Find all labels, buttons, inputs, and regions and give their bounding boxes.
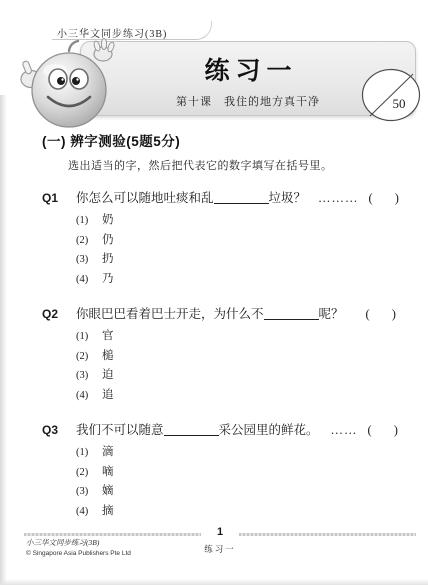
question-1-options: (1) 奶 (2) 仍 (3) 扔 (4) 乃 xyxy=(76,211,414,289)
mascot-body xyxy=(32,53,106,127)
option-character: 乃 xyxy=(102,270,114,289)
score-total: 50 xyxy=(393,96,406,111)
option-row: (4) 摘 xyxy=(76,502,414,522)
question-2: Q2 你眼巴巴看着巴士开走，为什么不 呢？ ( ) (1) 官 (2) 槌 (3… xyxy=(42,304,414,405)
option-character: 滴 xyxy=(102,443,114,462)
question-2-options: (1) 官 (2) 槌 (3) 迫 (4) 追 xyxy=(76,327,414,405)
question-2-bracket-close: ) xyxy=(392,307,396,322)
question-2-text-before: 你眼巴巴看着巴士开走，为什么不 xyxy=(76,304,264,322)
score-circle: 50 xyxy=(361,68,423,123)
question-2-bracket-open: ( xyxy=(366,307,370,322)
scan-edge-left xyxy=(0,95,7,585)
option-character: 仍 xyxy=(102,231,114,250)
option-row: (3) 扔 xyxy=(76,250,414,270)
footer-rule-right xyxy=(239,533,416,536)
page-number: 1 xyxy=(217,526,223,538)
mascot-waving-hand xyxy=(93,39,115,62)
option-row: (2) 槌 xyxy=(76,347,414,367)
option-row: (4) 追 xyxy=(76,386,414,406)
scan-edge-bottom xyxy=(0,579,428,585)
option-number: (3) xyxy=(76,367,102,386)
question-3-text-after: 采公园里的鲜花。 xyxy=(219,420,319,438)
option-number: (4) xyxy=(76,503,102,522)
question-2-answer-blank xyxy=(264,307,319,320)
option-character: 迫 xyxy=(102,366,114,385)
question-2-label: Q2 xyxy=(42,307,76,321)
option-character: 扔 xyxy=(102,250,114,269)
question-3-answer-blank xyxy=(164,423,219,436)
question-1-text-after: 垃圾？ xyxy=(269,188,307,206)
option-row: (1) 奶 xyxy=(76,211,414,231)
footer-publisher-block: 小三华文同步练习(3B) © Singapore Asia Publishers… xyxy=(26,537,131,557)
question-1-text-before: 你怎么可以随地吐痰和乱 xyxy=(76,188,214,206)
question-1-bracket-open: ( xyxy=(369,191,373,206)
option-row: (1) 官 xyxy=(76,327,414,347)
option-number: (2) xyxy=(76,464,102,483)
question-3-bracket-open: ( xyxy=(368,423,372,438)
option-character: 嫡 xyxy=(102,482,114,501)
option-number: (1) xyxy=(76,212,102,231)
question-3-dot-leader: …… xyxy=(331,423,358,438)
question-1-answer-blank xyxy=(214,191,269,204)
option-row: (4) 乃 xyxy=(76,270,414,290)
question-1-bracket-close: ) xyxy=(395,191,399,206)
footer-series-label: 小三华文同步练习(3B) xyxy=(26,537,131,548)
option-number: (2) xyxy=(76,232,102,251)
option-number: (1) xyxy=(76,444,102,463)
option-number: (3) xyxy=(76,483,102,502)
option-row: (3) 迫 xyxy=(76,366,414,386)
option-character: 奶 xyxy=(102,211,114,230)
worksheet-body: (一) 辨字测验(5题5分) 选出适当的字，然后把代表它的数字填写在括号里。 Q… xyxy=(42,130,414,521)
option-number: (3) xyxy=(76,251,102,270)
question-3-bracket-close: ) xyxy=(394,423,398,438)
option-character: 槌 xyxy=(102,347,114,366)
option-row: (2) 仍 xyxy=(76,231,414,251)
option-character: 嘀 xyxy=(102,463,114,482)
question-3-text-before: 我们不可以随意 xyxy=(76,420,164,438)
option-number: (4) xyxy=(76,387,102,406)
option-row: (2) 嘀 xyxy=(76,463,414,483)
question-1-label: Q1 xyxy=(42,191,76,205)
question-1-dot-leader: ……… xyxy=(318,191,359,206)
option-row: (1) 滴 xyxy=(76,443,414,463)
section-instruction: 选出适当的字，然后把代表它的数字填写在括号里。 xyxy=(68,157,414,173)
option-number: (1) xyxy=(76,328,102,347)
option-number: (4) xyxy=(76,271,102,290)
mascot-stem xyxy=(69,41,78,51)
footer-copyright: © Singapore Asia Publishers Pte Ltd xyxy=(26,550,131,557)
question-2-line: Q2 你眼巴巴看着巴士开走，为什么不 呢？ ( ) xyxy=(42,304,414,322)
footer-rule-left xyxy=(24,533,201,536)
question-2-text-after: 呢？ xyxy=(319,304,344,322)
question-3-options: (1) 滴 (2) 嘀 (3) 嫡 (4) 摘 xyxy=(76,443,414,521)
option-number: (2) xyxy=(76,348,102,367)
option-character: 追 xyxy=(102,386,114,405)
question-1-line: Q1 你怎么可以随地吐痰和乱 垃圾？ ……… ( ) xyxy=(42,188,414,206)
question-1: Q1 你怎么可以随地吐痰和乱 垃圾？ ……… ( ) (1) 奶 (2) 仍 (… xyxy=(42,188,414,289)
option-row: (3) 嫡 xyxy=(76,482,414,502)
page-footer: 1 练习一 小三华文同步练习(3B) © Singapore Asia Publ… xyxy=(24,528,416,578)
question-3-line: Q3 我们不可以随意 采公园里的鲜花。 …… ( ) xyxy=(42,420,414,438)
section-heading: (一) 辨字测验(5题5分) xyxy=(42,130,414,150)
mascot-character-illustration xyxy=(17,37,123,133)
question-3-label: Q3 xyxy=(42,423,76,437)
question-3: Q3 我们不可以随意 采公园里的鲜花。 …… ( ) (1) 滴 (2) 嘀 (… xyxy=(42,420,414,521)
option-character: 官 xyxy=(102,327,114,346)
option-character: 摘 xyxy=(102,502,114,521)
